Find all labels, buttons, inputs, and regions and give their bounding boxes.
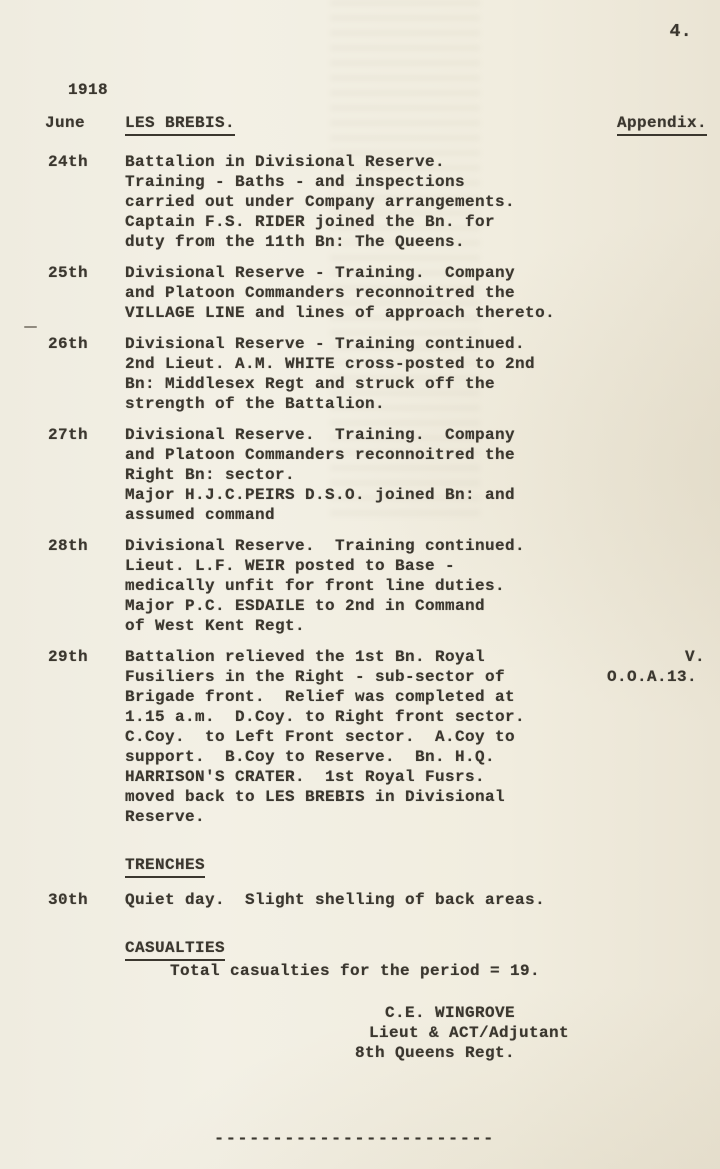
diary-entry-27th: 27th Divisional Reserve. Training. Compa… xyxy=(0,425,720,525)
diary-entry-26th: 26th Divisional Reserve - Training conti… xyxy=(0,334,720,414)
entry-line: Battalion in Divisional Reserve. xyxy=(125,152,720,172)
trenches-heading: TRENCHES xyxy=(125,855,205,878)
entry-body: Quiet day. Slight shelling of back areas… xyxy=(125,890,720,910)
diary-entry-25th: 25th Divisional Reserve - Training. Comp… xyxy=(0,263,720,323)
entry-line: Divisional Reserve - Training. Company xyxy=(125,263,720,283)
entry-line: Reserve. xyxy=(125,807,720,827)
diary-entry-28th: 28th Divisional Reserve. Training contin… xyxy=(0,536,720,636)
signature-block: C.E. WINGROVE Lieut & ACT/Adjutant 8th Q… xyxy=(355,1003,569,1063)
diary-entry-29th: 29th Battalion relieved the 1st Bn. Roya… xyxy=(0,647,720,827)
entry-line: Right Bn: sector. xyxy=(125,465,720,485)
diary-entry-24th: 24th Battalion in Divisional Reserve. Tr… xyxy=(0,152,720,252)
casualties-total-line: Total casualties for the period = 19. xyxy=(170,961,720,981)
margin-note-ooa13: O.O.A.13. xyxy=(607,667,697,687)
entry-date: 29th xyxy=(48,647,125,827)
casualties-heading-wrap: CASUALTIES xyxy=(0,924,720,961)
entry-line: Brigade front. Relief was completed at xyxy=(125,687,720,707)
entry-line: Divisional Reserve. Training continued. xyxy=(125,536,720,556)
entry-line: Divisional Reserve - Training continued. xyxy=(125,334,720,354)
casualties-heading: CASUALTIES xyxy=(125,938,225,961)
entry-line: Battalion relieved the 1st Bn. Royal xyxy=(125,647,720,667)
war-diary-page: 4. 1918 June LES BREBIS. Appendix. 24th … xyxy=(0,0,720,1169)
entry-line: Major H.J.C.PEIRS D.S.O. joined Bn: and xyxy=(125,485,720,505)
entry-line: 2nd Lieut. A.M. WHITE cross-posted to 2n… xyxy=(125,354,720,374)
location-title: LES BREBIS. xyxy=(125,113,235,136)
entry-line: Captain F.S. RIDER joined the Bn. for xyxy=(125,212,720,232)
entry-body: Divisional Reserve - Training. Company a… xyxy=(125,263,720,323)
margin-note-v: V. xyxy=(685,647,705,667)
entry-line: Lieut. L.F. WEIR posted to Base - xyxy=(125,556,720,576)
entry-line: carried out under Company arrangements. xyxy=(125,192,720,212)
diary-entries: 24th Battalion in Divisional Reserve. Tr… xyxy=(0,152,720,981)
entry-line: Training - Baths - and inspections xyxy=(125,172,720,192)
appendix-heading: Appendix. xyxy=(617,113,707,136)
entry-date: 24th xyxy=(48,152,125,252)
end-divider-dashes: ------------------------ xyxy=(214,1130,495,1150)
diary-entry-30th: 30th Quiet day. Slight shelling of back … xyxy=(0,890,720,910)
entry-line: Quiet day. Slight shelling of back areas… xyxy=(125,890,720,910)
entry-line: VILLAGE LINE and lines of approach there… xyxy=(125,303,720,323)
entry-body: Divisional Reserve. Training. Company an… xyxy=(125,425,720,525)
signature-name: C.E. WINGROVE xyxy=(385,1003,569,1023)
header-row: June LES BREBIS. Appendix. xyxy=(0,113,720,137)
entry-line: and Platoon Commanders reconnoitred the xyxy=(125,445,720,465)
entry-line: Major P.C. ESDAILE to 2nd in Command xyxy=(125,596,720,616)
signature-rank: Lieut & ACT/Adjutant xyxy=(369,1023,569,1043)
entry-date: 28th xyxy=(48,536,125,636)
entry-line: 1.15 a.m. D.Coy. to Right front sector. xyxy=(125,707,720,727)
entry-line: of West Kent Regt. xyxy=(125,616,720,636)
entry-line: assumed command xyxy=(125,505,720,525)
entry-line: strength of the Battalion. xyxy=(125,394,720,414)
entry-line: HARRISON'S CRATER. 1st Royal Fusrs. xyxy=(125,767,720,787)
entry-line: duty from the 11th Bn: The Queens. xyxy=(125,232,720,252)
entry-date: 30th xyxy=(48,890,125,910)
entry-date: 26th xyxy=(48,334,125,414)
year-label: 1918 xyxy=(68,80,108,100)
entry-line: support. B.Coy to Reserve. Bn. H.Q. xyxy=(125,747,720,767)
entry-line: Bn: Middlesex Regt and struck off the xyxy=(125,374,720,394)
entry-date: 25th xyxy=(48,263,125,323)
page-number: 4. xyxy=(670,22,692,42)
signature-regiment: 8th Queens Regt. xyxy=(355,1043,569,1063)
entry-body: Divisional Reserve - Training continued.… xyxy=(125,334,720,414)
entry-date: 27th xyxy=(48,425,125,525)
entry-body: Divisional Reserve. Training continued. … xyxy=(125,536,720,636)
entry-line: medically unfit for front line duties. xyxy=(125,576,720,596)
entry-line: Divisional Reserve. Training. Company xyxy=(125,425,720,445)
trenches-heading-wrap: TRENCHES xyxy=(0,841,720,890)
entry-line: and Platoon Commanders reconnoitred the xyxy=(125,283,720,303)
entry-body: Battalion in Divisional Reserve. Trainin… xyxy=(125,152,720,252)
entry-line: C.Coy. to Left Front sector. A.Coy to xyxy=(125,727,720,747)
entry-line: moved back to LES BREBIS in Divisional xyxy=(125,787,720,807)
month-label: June xyxy=(45,113,85,133)
